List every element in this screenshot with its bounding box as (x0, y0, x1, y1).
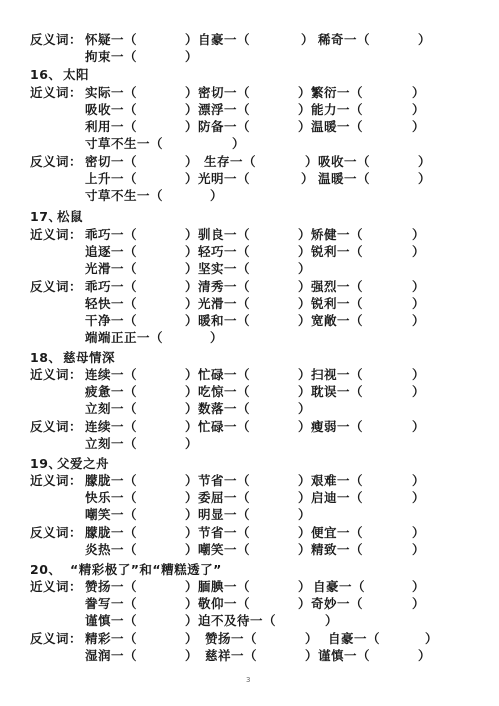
close-paren: ） (298, 541, 311, 559)
exercise-item: 数落一（ (198, 400, 250, 418)
exercise-item: 漂浮一（ (198, 101, 250, 119)
close-paren: ） (210, 329, 223, 347)
close-paren: ） (185, 153, 198, 171)
exercise-item: 连续一（ (85, 366, 137, 384)
exercise-item: 防备一（ (198, 118, 250, 136)
close-paren: ） (298, 383, 311, 401)
lesson-number: 20、 (30, 561, 61, 579)
close-paren: ） (301, 170, 314, 188)
close-paren: ） (185, 524, 198, 542)
close-paren: ） (412, 118, 425, 136)
exercise-item: 快乐一（ (85, 489, 137, 507)
lesson-title: 太阳 (63, 66, 89, 84)
antonyms-label: 反义词： (30, 524, 82, 542)
close-paren: ） (185, 472, 198, 490)
exercise-item: 实际一（ (85, 84, 137, 102)
lesson-title: “精彩极了”和“糟糕透了” (70, 561, 222, 579)
exercise-item: 耽误一（ (311, 383, 363, 401)
close-paren: ） (185, 226, 198, 244)
close-paren: ） (298, 472, 311, 490)
exercise-item: 扫视一（ (311, 366, 363, 384)
lesson-title: 慈母情深 (63, 349, 115, 367)
close-paren: ） (185, 630, 198, 648)
exercise-item: 拘束一（ (85, 48, 137, 66)
close-paren: ） (185, 489, 198, 507)
close-paren: ） (412, 578, 425, 596)
close-paren: ） (412, 278, 425, 296)
close-paren: ） (412, 418, 425, 436)
close-paren: ） (298, 595, 311, 613)
exercise-item: 自豪一（ (328, 630, 380, 648)
close-paren: ） (185, 595, 198, 613)
close-paren: ） (418, 170, 431, 188)
exercise-item: 暖和一（ (198, 312, 250, 330)
close-paren: ） (305, 647, 318, 665)
exercise-item: 乖巧一（ (85, 226, 137, 244)
exercise-item: 端端正正一（ (85, 329, 163, 347)
close-paren: ） (412, 383, 425, 401)
synonyms-label: 近义词： (30, 472, 82, 490)
word-prompt: 稀奇一（ (318, 32, 370, 47)
close-paren: ） (185, 418, 198, 436)
exercise-item: 吃惊一（ (198, 383, 250, 401)
close-paren: ） (232, 135, 245, 153)
close-paren: ） (412, 243, 425, 261)
close-paren: ） (185, 312, 198, 330)
exercise-item: 赞扬一（ (205, 630, 257, 648)
close-paren: ） (185, 48, 198, 66)
exercise-item: 奇妙一（ (311, 595, 363, 613)
close-paren: ） (210, 187, 223, 205)
exercise-item: 精致一（ (311, 541, 363, 559)
close-paren: ） (185, 243, 198, 261)
close-paren: ） (305, 153, 318, 171)
lesson-title: 松鼠 (57, 208, 83, 226)
close-paren: ） (418, 153, 431, 171)
exercise-item: 坚实一（ (198, 260, 250, 278)
close-paren: ） (185, 506, 198, 524)
antonyms-label: 反义词： (30, 153, 82, 171)
close-paren: ） (185, 647, 198, 665)
close-paren: ） (418, 31, 431, 49)
close-paren: ） (185, 383, 198, 401)
antonyms-label: 反义词： (30, 278, 82, 296)
close-paren: ） (298, 312, 311, 330)
close-paren: ） (412, 84, 425, 102)
close-paren: ） (325, 612, 338, 630)
exercise-item: 上升一（ (85, 170, 137, 188)
exercise-item: 谨慎一（ (85, 612, 137, 630)
close-paren: ） (185, 84, 198, 102)
exercise-item: 怀疑一（ (85, 31, 137, 49)
exercise-item: 炎热一（ (85, 541, 137, 559)
exercise-item: 清秀一（ (198, 278, 250, 296)
close-paren: ） (412, 312, 425, 330)
exercise-item: 稀奇一（ (318, 31, 370, 49)
close-paren: ） (185, 260, 198, 278)
exercise-item: 光明一（ (198, 170, 250, 188)
exercise-item: 吸收一（ (85, 101, 137, 119)
exercise-item: 驯良一（ (198, 226, 250, 244)
close-paren: ） (185, 295, 198, 313)
close-paren: ） (298, 118, 311, 136)
close-paren: ） (412, 489, 425, 507)
exercise-item: 乖巧一（ (85, 278, 137, 296)
exercise-item: 节省一（ (198, 472, 250, 490)
close-paren: ） (298, 418, 311, 436)
close-paren: ） (412, 472, 425, 490)
exercise-item: 忙碌一（ (198, 418, 250, 436)
exercise-item: 矫健一（ (311, 226, 363, 244)
exercise-item: 明显一（ (198, 506, 250, 524)
exercise-item: 温暖一（ (318, 170, 370, 188)
close-paren: ） (185, 541, 198, 559)
exercise-item: 瘦弱一（ (311, 418, 363, 436)
close-paren: ） (298, 243, 311, 261)
exercise-item: 锐利一（ (311, 295, 363, 313)
exercise-item: 立刻一（ (85, 400, 137, 418)
exercise-item: 便宜一（ (311, 524, 363, 542)
exercise-item: 艰难一（ (311, 472, 363, 490)
close-paren: ） (298, 278, 311, 296)
close-paren: ） (298, 506, 311, 524)
exercise-item: 湿润一（ (85, 647, 137, 665)
close-paren: ） (298, 489, 311, 507)
exercise-item: 寸草不生一（ (85, 135, 163, 153)
exercise-item: 腼腆一（ (198, 578, 250, 596)
close-paren: ） (185, 170, 198, 188)
close-paren: ） (418, 647, 431, 665)
close-paren: ） (298, 101, 311, 119)
exercise-item: 朦胧一（ (85, 472, 137, 490)
close-paren: ） (185, 612, 198, 630)
exercise-item: 生存一（ (204, 153, 256, 171)
word-prompt: 怀疑一（ (85, 32, 137, 47)
antonyms-label: 反义词： (30, 418, 82, 436)
close-paren: ） (298, 84, 311, 102)
close-paren: ） (298, 295, 311, 313)
synonyms-label: 近义词： (30, 226, 82, 244)
exercise-item: 谨慎一（ (318, 647, 370, 665)
close-paren: ） (185, 366, 198, 384)
exercise-item: 疲惫一（ (85, 383, 137, 401)
exercise-item: 立刻一（ (85, 435, 137, 453)
close-paren: ） (185, 578, 198, 596)
page-number: 3 (246, 676, 250, 684)
close-paren: ） (298, 226, 311, 244)
exercise-item: 朦胧一（ (85, 524, 137, 542)
close-paren: ） (412, 226, 425, 244)
antonyms-label: 反义词： (30, 630, 82, 648)
close-paren: ） (412, 101, 425, 119)
exercise-item: 繁衍一（ (311, 84, 363, 102)
exercise-item: 赞扬一（ (85, 578, 137, 596)
exercise-item: 节省一（ (198, 524, 250, 542)
synonyms-label: 近义词： (30, 84, 82, 102)
exercise-item: 迫不及待一（ (198, 612, 276, 630)
exercise-item: 温暖一（ (311, 118, 363, 136)
exercise-item: 能力一（ (311, 101, 363, 119)
exercise-item: 敬仰一（ (198, 595, 250, 613)
exercise-item: 利用一（ (85, 118, 137, 136)
exercise-item: 吸收一（ (318, 153, 370, 171)
close-paren: ） (185, 435, 198, 453)
close-paren: ） (412, 295, 425, 313)
exercise-item: 追逐一（ (85, 243, 137, 261)
exercise-item: 忙碌一（ (198, 366, 250, 384)
close-paren: ） (185, 400, 198, 418)
exercise-item: 嘲笑一（ (85, 506, 137, 524)
close-paren: ） (185, 278, 198, 296)
antonyms-label: 反义词： (30, 31, 82, 49)
close-paren: ） (298, 260, 311, 278)
exercise-item: 委屈一（ (198, 489, 250, 507)
exercise-item: 轻快一（ (85, 295, 137, 313)
exercise-item: 锐利一（ (311, 243, 363, 261)
close-paren: ） (298, 578, 311, 596)
exercise-item: 光滑一（ (85, 260, 137, 278)
close-paren: ） (412, 595, 425, 613)
exercise-item: 强烈一（ (311, 278, 363, 296)
close-paren: ） (185, 118, 198, 136)
close-paren: ） (298, 524, 311, 542)
close-paren: ） (301, 31, 314, 49)
worksheet-page: 反义词： 怀疑一（ ） 自豪一（ ） 稀奇一（ ） 拘束一（ ） 16、 太阳 … (0, 0, 499, 706)
exercise-item: 慈祥一（ (205, 647, 257, 665)
lesson-number: 16、 (30, 66, 61, 84)
exercise-item: 嘲笑一（ (198, 541, 250, 559)
close-paren: ） (412, 541, 425, 559)
exercise-item: 连续一（ (85, 418, 137, 436)
exercise-item: 精彩一（ (85, 630, 137, 648)
exercise-item: 誊写一（ (85, 595, 137, 613)
exercise-item: 密切一（ (198, 84, 250, 102)
exercise-item: 轻巧一（ (198, 243, 250, 261)
exercise-item: 光滑一（ (198, 295, 250, 313)
exercise-item: 自豪一（ (313, 578, 365, 596)
exercise-item: 启迪一（ (311, 489, 363, 507)
synonyms-label: 近义词： (30, 366, 82, 384)
close-paren: ） (185, 101, 198, 119)
synonyms-label: 近义词： (30, 578, 82, 596)
close-paren: ） (412, 366, 425, 384)
close-paren: ） (298, 366, 311, 384)
close-paren: ） (305, 630, 318, 648)
exercise-item: 干净一（ (85, 312, 137, 330)
lesson-title: 父爱之舟 (57, 455, 109, 473)
exercise-item: 宽敞一（ (311, 312, 363, 330)
word-prompt: 自豪一（ (198, 32, 250, 47)
exercise-item: 密切一（ (85, 153, 137, 171)
exercise-item: 寸草不生一（ (85, 187, 163, 205)
close-paren: ） (185, 31, 198, 49)
lesson-number: 18、 (30, 349, 61, 367)
close-paren: ） (412, 524, 425, 542)
close-paren: ） (298, 400, 311, 418)
exercise-item: 自豪一（ (198, 31, 250, 49)
close-paren: ） (425, 630, 438, 648)
